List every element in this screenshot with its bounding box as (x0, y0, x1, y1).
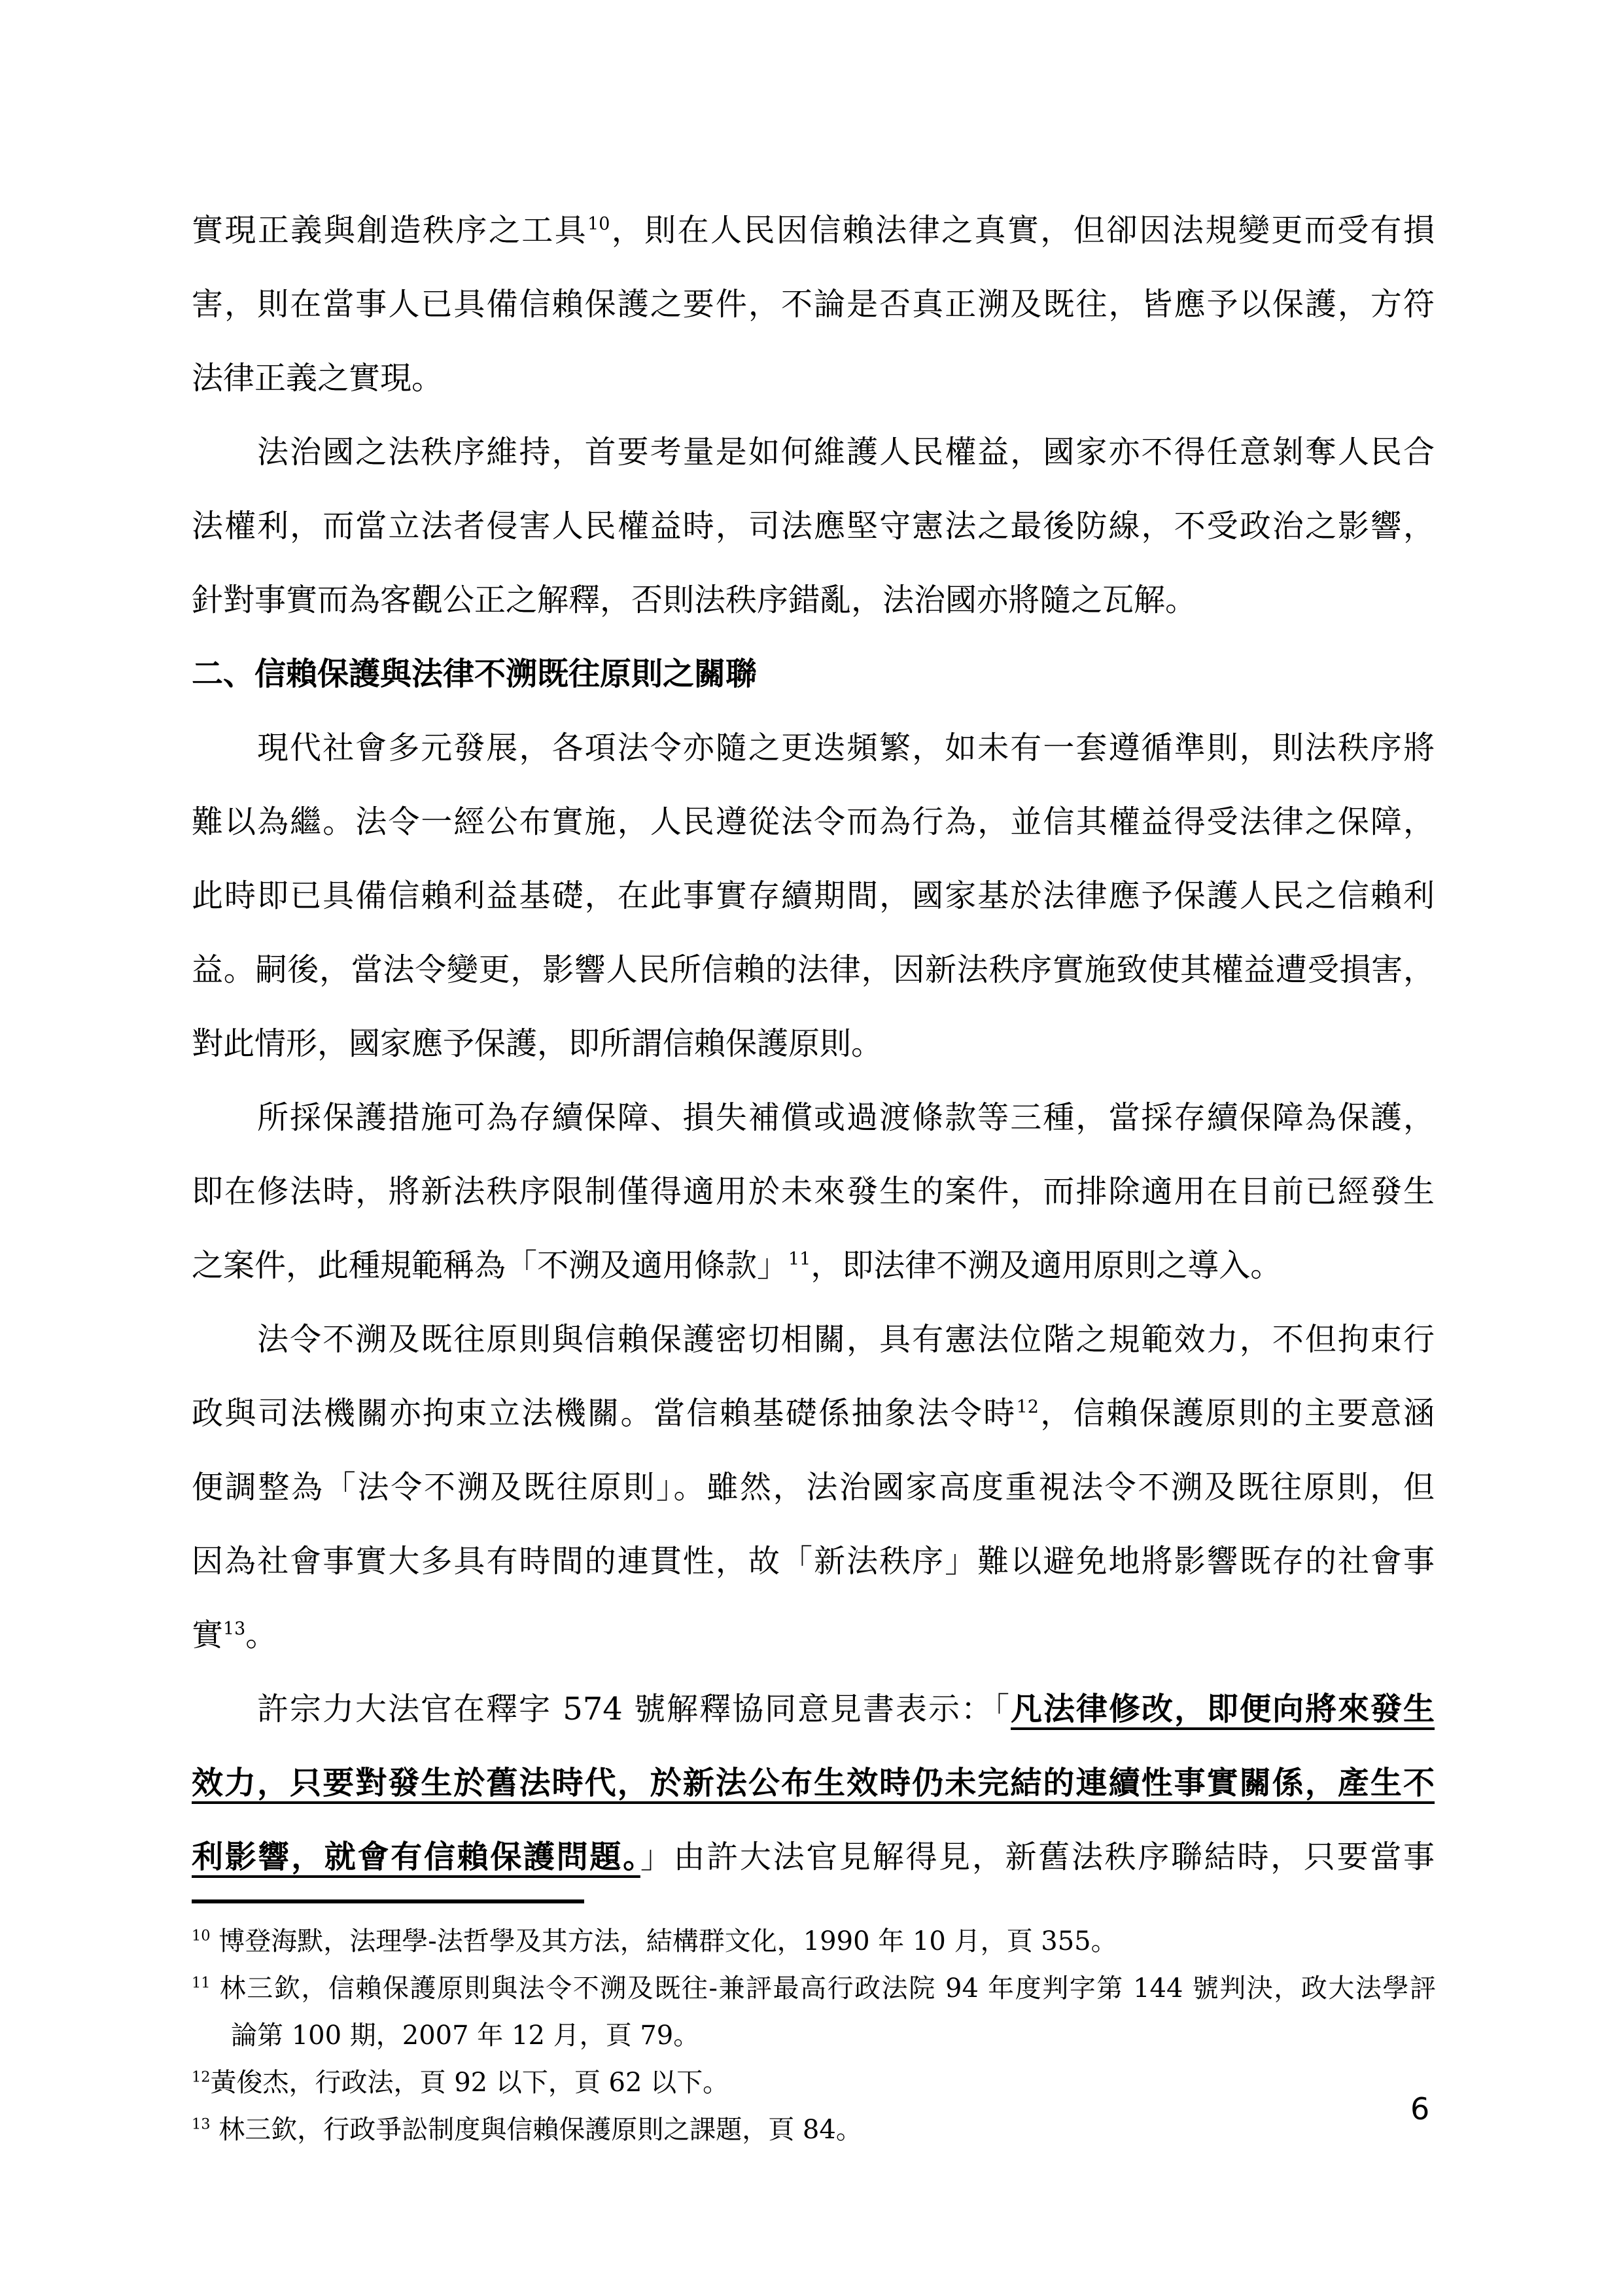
text-segment: 法治國之法秩序維持，首要考量是如何維護人民權益，國家亦不得任意剝奪人民合 (257, 434, 1435, 470)
footnote-ref: 12 (192, 2069, 211, 2086)
footnote-line: 11 林三欽，信賴保護原則與法令不溯及既往-兼評最高行政法院 94 年度判字第 … (192, 1965, 1436, 2012)
footnote-separator (192, 1899, 584, 1903)
text-segment: 二、信賴保護與法律不溯既往原則之關聯 (192, 656, 757, 692)
text-segment: 許宗力大法官在釋字 574 號解釋協同意見書表示：「 (257, 1691, 1011, 1727)
text-segment: 針對事實而為客觀公正之解釋，否則法秩序錯亂，法治國亦將隨之瓦解。 (192, 582, 1196, 618)
text-segment: 林三欽，信賴保護原則與法令不溯及既往-兼評最高行政法院 94 年度判字第 144… (211, 1973, 1437, 2004)
text-segment: 實現正義與創造秩序之工具 (192, 212, 587, 249)
body-line: 所採保護措施可為存續保障、損失補償或過渡條款等三種，當採存續保障為保護， (192, 1081, 1435, 1155)
text-segment: 」由許大法官見解得見，新舊法秩序聯結時，只要當事 (640, 1839, 1435, 1875)
section-heading: 二、信賴保護與法律不溯既往原則之關聯 (192, 637, 1435, 711)
footnotes-block: 10 博登海默，法理學-法哲學及其方法，結構群文化，1990 年 10 月，頁 … (192, 1918, 1436, 2153)
text-segment: 黃俊杰，行政法，頁 92 以下，頁 62 以下。 (211, 2068, 729, 2098)
text-segment: ，即法律不溯及適用原則之導入。 (811, 1247, 1282, 1284)
text-segment: 此時即已具備信賴利益基礎，在此事實存續期間，國家基於法律應予保護人民之信賴利 (192, 877, 1435, 914)
footnote-ref: 10 (192, 1928, 211, 1945)
body-line: 針對事實而為客觀公正之解釋，否則法秩序錯亂，法治國亦將隨之瓦解。 (192, 563, 1435, 637)
text-segment: 論第 100 期，2007 年 12 月，頁 79。 (231, 2021, 699, 2051)
text-segment: 博登海默，法理學-法哲學及其方法，結構群文化，1990 年 10 月，頁 355… (211, 1926, 1117, 1956)
body-line: 害，則在當事人已具備信賴保護之要件，不論是否真正溯及既往，皆應予以保護，方符 (192, 268, 1435, 342)
text-segment: 政與司法機關亦拘束立法機關。當信賴基礎係抽象法令時 (192, 1395, 1017, 1432)
body-line: 法權利，而當立法者侵害人民權益時，司法應堅守憲法之最後防線，不受政治之影響， (192, 489, 1435, 563)
footnote-line: 論第 100 期，2007 年 12 月，頁 79。 (192, 2012, 1436, 2059)
text-segment: 因為社會事實大多具有時間的連貫性，故「新法秩序」難以避免地將影響既存的社會事 (192, 1543, 1435, 1580)
text-segment: 。 (245, 1617, 277, 1653)
text-segment: 難以為繼。法令一經公布實施，人民遵從法令而為行為，並信其權益得受法律之保障， (192, 804, 1435, 840)
text-segment: 法權利，而當立法者侵害人民權益時，司法應堅守憲法之最後防線，不受政治之影響， (192, 508, 1435, 544)
body-line: 對此情形，國家應予保護，即所謂信賴保護原則。 (192, 1007, 1435, 1081)
text-segment: ，信賴保護原則的主要意涵 (1039, 1395, 1435, 1432)
page-number: 6 (1410, 2093, 1429, 2125)
body-line: 法律正義之實現。 (192, 342, 1435, 415)
body-line: 許宗力大法官在釋字 574 號解釋協同意見書表示：「凡法律修改，即便向將來發生 (192, 1672, 1435, 1746)
text-segment: 法律正義之實現。 (192, 360, 443, 397)
text-segment: 所採保護措施可為存續保障、損失補償或過渡條款等三種，當採存續保障為保護， (257, 1099, 1435, 1136)
footnote-ref: 11 (788, 1249, 811, 1269)
text-segment: 益。嗣後，當法令變更，影響人民所信賴的法律，因新法秩序實施致使其權益遭受損害， (192, 951, 1435, 988)
footnote-line: 13 林三欽，行政爭訟制度與信賴保護原則之課題，頁 84。 (192, 2106, 1436, 2153)
footnote-line: 10 博登海默，法理學-法哲學及其方法，結構群文化，1990 年 10 月，頁 … (192, 1918, 1436, 1965)
body-line: 現代社會多元發展，各項法令亦隨之更迭頻繁，如未有一套遵循準則，則法秩序將 (192, 711, 1435, 785)
text-segment: 林三欽，行政爭訟制度與信賴保護原則之課題，頁 84。 (211, 2115, 862, 2145)
footnote-line: 12黃俊杰，行政法，頁 92 以下，頁 62 以下。 (192, 2059, 1436, 2106)
text-segment: 害，則在當事人已具備信賴保護之要件，不論是否真正溯及既往，皆應予以保護，方符 (192, 286, 1435, 323)
footnote-ref: 13 (192, 2116, 211, 2133)
body-line: 實現正義與創造秩序之工具10，則在人民因信賴法律之真實，但卻因法規變更而受有損 (192, 194, 1435, 268)
body-line: 法治國之法秩序維持，首要考量是如何維護人民權益，國家亦不得任意剝奪人民合 (192, 415, 1435, 489)
body-line: 便調整為「法令不溯及既往原則」。雖然，法治國家高度重視法令不溯及既往原則，但 (192, 1451, 1435, 1525)
document-page: 實現正義與創造秩序之工具10，則在人民因信賴法律之真實，但卻因法規變更而受有損害… (0, 0, 1623, 2296)
body-line: 法令不溯及既往原則與信賴保護密切相關，具有憲法位階之規範效力，不但拘束行 (192, 1303, 1435, 1377)
body-line: 之案件，此種規範稱為「不溯及適用條款」11，即法律不溯及適用原則之導入。 (192, 1229, 1435, 1303)
footnote-ref: 11 (192, 1975, 211, 1992)
footnote-ref: 12 (1017, 1397, 1039, 1417)
text-segment: 利影響，就會有信賴保護問題。 (192, 1839, 640, 1875)
body-line: 此時即已具備信賴利益基礎，在此事實存續期間，國家基於法律應予保護人民之信賴利 (192, 859, 1435, 933)
body-line: 難以為繼。法令一經公布實施，人民遵從法令而為行為，並信其權益得受法律之保障， (192, 785, 1435, 859)
text-segment: 對此情形，國家應予保護，即所謂信賴保護原則。 (192, 1025, 882, 1062)
body-line: 政與司法機關亦拘束立法機關。當信賴基礎係抽象法令時12，信賴保護原則的主要意涵 (192, 1377, 1435, 1451)
body-line: 利影響，就會有信賴保護問題。」由許大法官見解得見，新舊法秩序聯結時，只要當事 (192, 1820, 1435, 1894)
footnote-ref: 13 (223, 1619, 245, 1639)
text-segment: 凡法律修改，即便向將來發生 (1011, 1691, 1435, 1727)
body-line: 即在修法時，將新法秩序限制僅得適用於未來發生的案件，而排除適用在目前已經發生 (192, 1155, 1435, 1229)
text-segment: 現代社會多元發展，各項法令亦隨之更迭頻繁，如未有一套遵循準則，則法秩序將 (257, 730, 1435, 766)
text-segment: ，則在人民因信賴法律之真實，但卻因法規變更而受有損 (610, 212, 1435, 249)
footnote-ref: 10 (587, 214, 610, 234)
body-line: 因為社會事實大多具有時間的連貫性，故「新法秩序」難以避免地將影響既存的社會事 (192, 1525, 1435, 1598)
text-segment: 便調整為「法令不溯及既往原則」。雖然，法治國家高度重視法令不溯及既往原則，但 (192, 1469, 1435, 1506)
text-segment: 即在修法時，將新法秩序限制僅得適用於未來發生的案件，而排除適用在目前已經發生 (192, 1173, 1435, 1210)
body-line: 實13。 (192, 1598, 1435, 1672)
text-segment: 之案件，此種規範稱為「不溯及適用條款」 (192, 1247, 788, 1284)
body-line: 效力，只要對發生於舊法時代，於新法公布生效時仍未完結的連續性事實關係，產生不 (192, 1746, 1435, 1820)
body-line: 益。嗣後，當法令變更，影響人民所信賴的法律，因新法秩序實施致使其權益遭受損害， (192, 933, 1435, 1007)
text-segment: 實 (192, 1617, 223, 1653)
text-segment: 效力，只要對發生於舊法時代，於新法公布生效時仍未完結的連續性事實關係，產生不 (192, 1765, 1435, 1801)
text-segment: 法令不溯及既往原則與信賴保護密切相關，具有憲法位階之規範效力，不但拘束行 (257, 1321, 1435, 1358)
body-text-block: 實現正義與創造秩序之工具10，則在人民因信賴法律之真實，但卻因法規變更而受有損害… (192, 194, 1435, 1894)
